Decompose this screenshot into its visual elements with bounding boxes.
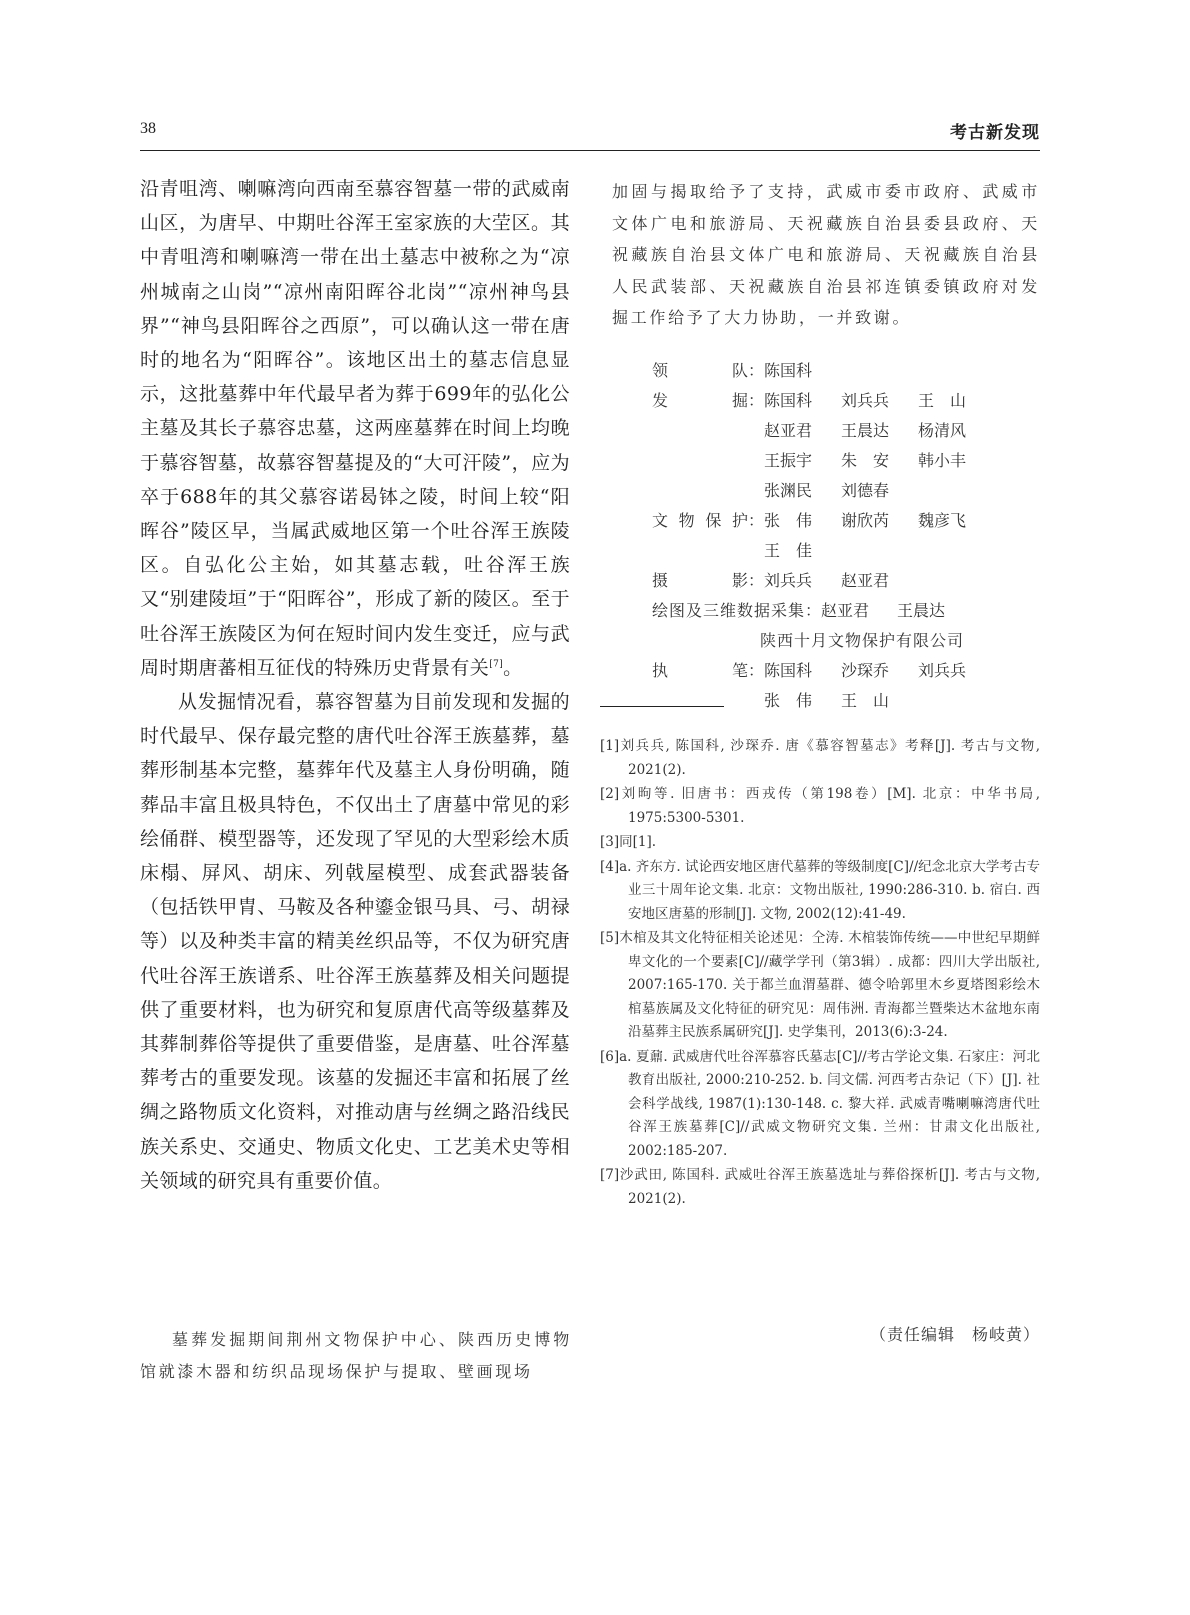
person-name: 刘德春 xyxy=(841,476,917,506)
footnote-item: [7]沙武田, 陈国科. 武威吐谷浑王族墓选址与葬俗探析[J]. 考古与文物, … xyxy=(600,1164,1040,1211)
credit-label: 执笔 xyxy=(652,656,748,716)
person-name: 谢欣芮 xyxy=(841,506,917,536)
acknowledgement-left: 墓葬发掘期间荆州文物保护中心、陕西历史博物馆就漆木器和纺织品现场保护与提取、壁画… xyxy=(140,1324,572,1387)
left-column: 沿青咀湾、喇嘛湾向西南至慕容智墓一带的武威南山区，为唐早、中期吐谷浑王室家族的大… xyxy=(140,172,570,1198)
person-name: 张 伟 xyxy=(764,506,840,536)
person-name: 陈国科 xyxy=(764,656,840,686)
colon: ： xyxy=(805,596,821,626)
credit-conservation: 文物保护 ： 张 伟谢欣芮魏彦飞王 佳 xyxy=(652,506,1042,566)
footnotes-list: [1]刘兵兵, 陈国科, 沙琛乔. 唐《慕容智墓志》考释[J]. 考古与文物, … xyxy=(600,735,1040,1212)
footnote-item: [6]a. 夏鼐. 武威唐代吐谷浑慕容氏墓志[C]//考古学论文集. 石家庄：河… xyxy=(600,1046,1040,1164)
credit-leader: 领队 ： 陈国科 xyxy=(652,356,1042,386)
person-name: 刘兵兵 xyxy=(764,566,840,596)
credit-label: 绘图及三维数据采集 xyxy=(652,596,805,626)
paragraph-text: 沿青咀湾、喇嘛湾向西南至慕容智墓一带的武威南山区，为唐早、中期吐谷浑王室家族的大… xyxy=(140,178,570,679)
citation-ref[interactable]: [7] xyxy=(489,660,503,670)
credit-drawing: 绘图及三维数据采集 ： 赵亚君王晨达 xyxy=(652,596,1042,626)
person-name: 张 伟 xyxy=(764,686,840,716)
footnote-item: [3]同[1]. xyxy=(600,831,1040,855)
credit-excavation: 发掘 ： 陈国科刘兵兵王 山赵亚君王晨达杨清风王振宇朱 安韩小丰张渊民刘德春 xyxy=(652,386,1042,506)
body-paragraph-1: 沿青咀湾、喇嘛湾向西南至慕容智墓一带的武威南山区，为唐早、中期吐谷浑王室家族的大… xyxy=(140,172,570,685)
person-name: 王 山 xyxy=(841,686,917,716)
acknowledgement-text-left: 墓葬发掘期间荆州文物保护中心、陕西历史博物馆就漆木器和纺织品现场保护与提取、壁画… xyxy=(140,1324,572,1387)
person-name: 魏彦飞 xyxy=(918,506,994,536)
footnote-item: [5]木棺及其文化特征相关论述见：仝涛. 木棺装饰传统——中世纪早期鲜卑文化的一… xyxy=(600,927,1040,1045)
credits-block: 领队 ： 陈国科 发掘 ： 陈国科刘兵兵王 山赵亚君王晨达杨清风王振宇朱 安韩小… xyxy=(652,356,1042,716)
person-name: 王晨达 xyxy=(897,601,945,620)
footnote-item: [2]刘昫等. 旧唐书：西戎传（第198卷）[M]. 北京：中华书局, 1975… xyxy=(600,783,1040,830)
credit-names: 张 伟谢欣芮魏彦飞王 佳 xyxy=(764,506,1042,566)
person-name: 张渊民 xyxy=(764,476,840,506)
credit-names: 陈国科 xyxy=(764,356,1042,386)
person-name: 王 山 xyxy=(918,386,994,416)
person-name: 杨清风 xyxy=(918,416,994,446)
colon: ： xyxy=(748,386,764,506)
credit-names: 刘兵兵赵亚君 xyxy=(764,566,1042,596)
person-name: 刘兵兵 xyxy=(918,656,994,686)
credit-label: 领队 xyxy=(652,356,748,386)
page-number: 38 xyxy=(140,120,156,138)
journal-section-title: 考古新发现 xyxy=(950,118,1040,143)
credit-names: 陈国科刘兵兵王 山赵亚君王晨达杨清风王振宇朱 安韩小丰张渊民刘德春 xyxy=(764,386,1042,506)
responsible-editor: （责任编辑 杨岐黄） xyxy=(870,1322,1040,1345)
page-header: 38 考古新发现 xyxy=(140,118,1040,151)
person-name: 朱 安 xyxy=(841,446,917,476)
person-name: 陈国科 xyxy=(764,386,840,416)
credit-label: 文物保护 xyxy=(652,506,748,566)
right-column-acknowledgement: 加固与揭取给予了支持，武威市委市政府、武威市文体广电和旅游局、天祝藏族自治县委县… xyxy=(612,176,1040,334)
credit-label: 发掘 xyxy=(652,386,748,506)
footnote-item: [4]a. 齐东方. 试论西安地区唐代墓葬的等级制度[C]//纪念北京大学考古专… xyxy=(600,856,1040,927)
person-name: 沙琛乔 xyxy=(841,656,917,686)
person-name: 韩小丰 xyxy=(918,446,994,476)
acknowledgement-text-right: 加固与揭取给予了支持，武威市委市政府、武威市文体广电和旅游局、天祝藏族自治县委县… xyxy=(612,176,1040,334)
credit-names: 赵亚君王晨达 xyxy=(821,596,945,626)
credit-names: 陈国科沙琛乔刘兵兵张 伟王 山 xyxy=(764,656,1042,716)
credit-label: 摄影 xyxy=(652,566,748,596)
colon: ： xyxy=(748,356,764,386)
credit-photography: 摄影 ： 刘兵兵赵亚君 xyxy=(652,566,1042,596)
colon: ： xyxy=(748,656,764,716)
paragraph-end: 。 xyxy=(503,657,522,679)
person-name: 王 佳 xyxy=(764,536,840,566)
person-name: 陈国科 xyxy=(764,356,840,386)
credit-company: 陕西十月文物保护有限公司 xyxy=(652,626,1042,656)
footnote-divider xyxy=(600,706,724,707)
footnote-item: [1]刘兵兵, 陈国科, 沙琛乔. 唐《慕容智墓志》考释[J]. 考古与文物, … xyxy=(600,735,1040,782)
credit-writing: 执笔 ： 陈国科沙琛乔刘兵兵张 伟王 山 xyxy=(652,656,1042,716)
colon: ： xyxy=(748,506,764,566)
colon: ： xyxy=(748,566,764,596)
body-paragraph-2: 从发掘情况看，慕容智墓为目前发现和发掘的时代最早、保存最完整的唐代吐谷浑王族墓葬… xyxy=(140,685,570,1198)
person-name: 王晨达 xyxy=(841,416,917,446)
person-name: 赵亚君 xyxy=(821,596,897,626)
person-name: 赵亚君 xyxy=(764,416,840,446)
person-name: 赵亚君 xyxy=(841,566,917,596)
person-name: 刘兵兵 xyxy=(841,386,917,416)
person-name: 王振宇 xyxy=(764,446,840,476)
